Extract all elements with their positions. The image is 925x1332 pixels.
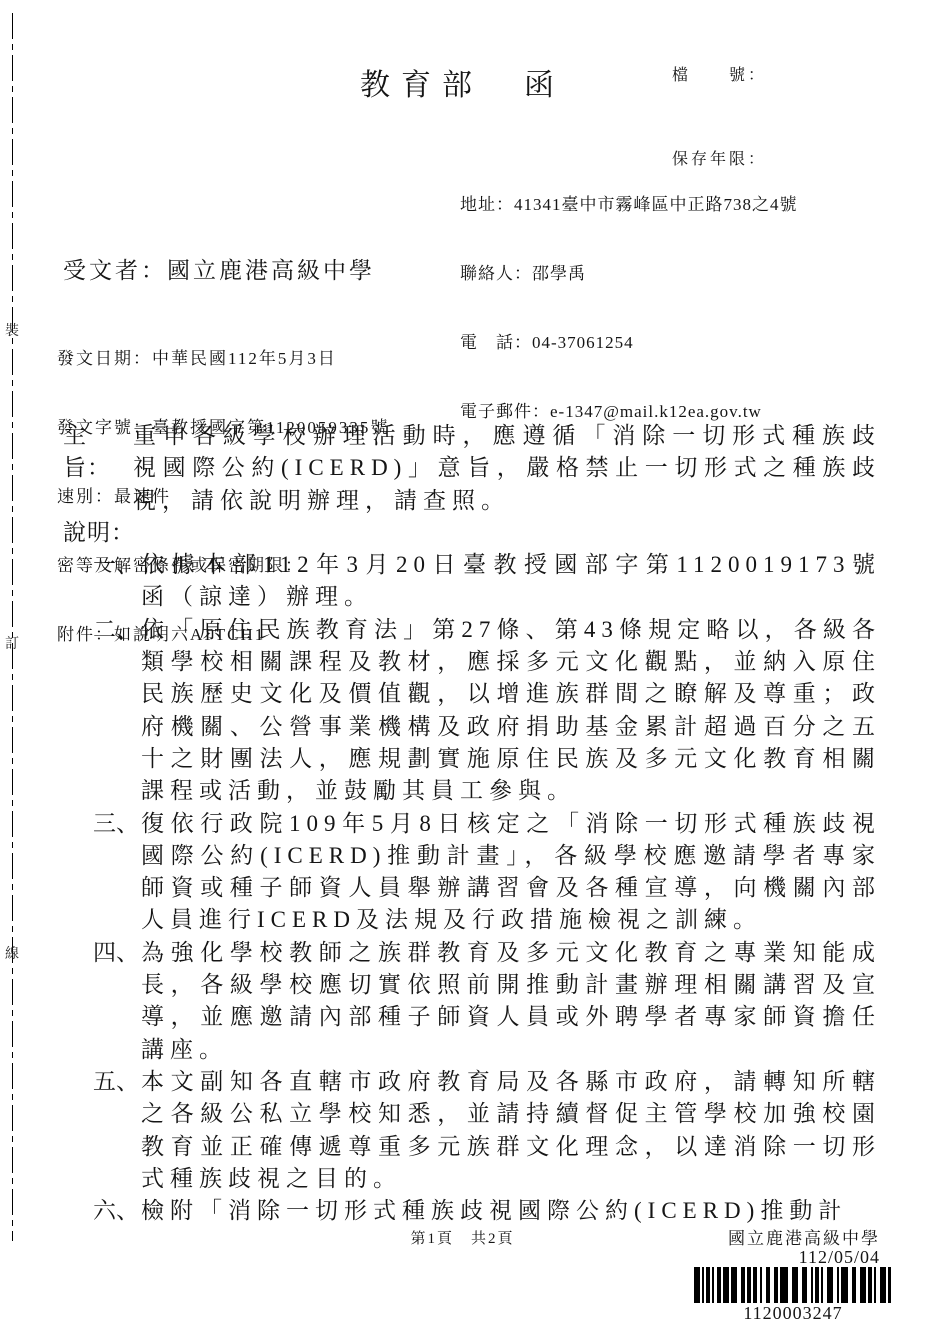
item-number: 三、 — [93, 808, 141, 937]
barcode-number: 1120003247 — [694, 1303, 892, 1324]
explanation-item-3: 三、 復依行政院109年5月8日核定之「消除一切形式種族歧視國際公約(ICERD… — [93, 808, 881, 937]
item-number: 五、 — [93, 1066, 141, 1195]
sender-phone: 電 話：04-37061254 — [460, 331, 798, 354]
document-title: 教育部 函 — [0, 60, 925, 104]
subject-label: 主旨： — [63, 420, 133, 517]
subject-text: 重申各級學校辦理活動時，應遵循「消除一切形式種族歧視國際公約(ICERD)」意旨… — [133, 420, 881, 517]
item-text: 本文副知各直轄市政府教育局及各縣市政府，請轉知所轄之各級公私立學校知悉，並請持續… — [141, 1066, 881, 1195]
subject-section: 主旨： 重申各級學校辦理活動時，應遵循「消除一切形式種族歧視國際公約(ICERD… — [63, 420, 881, 517]
barcode — [694, 1267, 892, 1303]
official-letter-page: 裝 訂 線 檔 號： 保存年限： 教育部 函 地址：41341臺中市霧峰區中正路… — [0, 0, 925, 1332]
recipient-line: 受文者：國立鹿港高級中學 — [63, 252, 375, 285]
sender-contact-person: 聯絡人：邵學禹 — [460, 262, 798, 285]
binding-char-zhuang: 裝 — [5, 325, 19, 339]
item-text: 依「原住民族教育法」第27條、第43條規定略以，各級各類學校相關課程及教材，應採… — [141, 614, 881, 808]
item-number: 一、 — [93, 549, 141, 614]
issue-date: 發文日期：中華民國112年5月3日 — [57, 347, 389, 370]
explanation-item-1: 一、 依據本部112年3月20日臺教授國部字第1120019173號函（諒達）辦… — [93, 549, 881, 614]
footer-school-name: 國立鹿港高級中學 — [728, 1224, 880, 1249]
item-number: 四、 — [93, 937, 141, 1066]
explanation-item-5: 五、 本文副知各直轄市政府教育局及各縣市政府，請轉知所轄之各級公私立學校知悉，並… — [93, 1066, 881, 1195]
binding-char-xian: 線 — [5, 948, 19, 962]
binding-char-ding: 訂 — [5, 638, 19, 652]
item-text: 為強化學校教師之族群教育及多元文化教育之專業知能成長，各級學校應切實依照前開推動… — [141, 937, 881, 1066]
item-number: 六、 — [93, 1195, 141, 1227]
item-text: 檢附「消除一切形式種族歧視國際公約(ICERD)推動計 — [141, 1195, 881, 1227]
item-text: 依據本部112年3月20日臺教授國部字第1120019173號函（諒達）辦理。 — [141, 549, 881, 614]
letter-body: 主旨： 重申各級學校辦理活動時，應遵循「消除一切形式種族歧視國際公約(ICERD… — [63, 420, 881, 1227]
explanation-item-6: 六、 檢附「消除一切形式種族歧視國際公約(ICERD)推動計 — [93, 1195, 881, 1227]
explanation-label: 說明： — [63, 517, 881, 549]
binding-line — [12, 13, 13, 1241]
explanation-item-4: 四、 為強化學校教師之族群教育及多元文化教育之專業知能成長，各級學校應切實依照前… — [93, 937, 881, 1066]
sender-address: 地址：41341臺中市霧峰區中正路738之4號 — [460, 193, 798, 216]
item-text: 復依行政院109年5月8日核定之「消除一切形式種族歧視國際公約(ICERD)推動… — [141, 808, 881, 937]
footer-stamp-date: 112/05/04 — [799, 1247, 880, 1268]
item-number: 二、 — [93, 614, 141, 808]
explanation-item-2: 二、 依「原住民族教育法」第27條、第43條規定略以，各級各類學校相關課程及教材… — [93, 614, 881, 808]
